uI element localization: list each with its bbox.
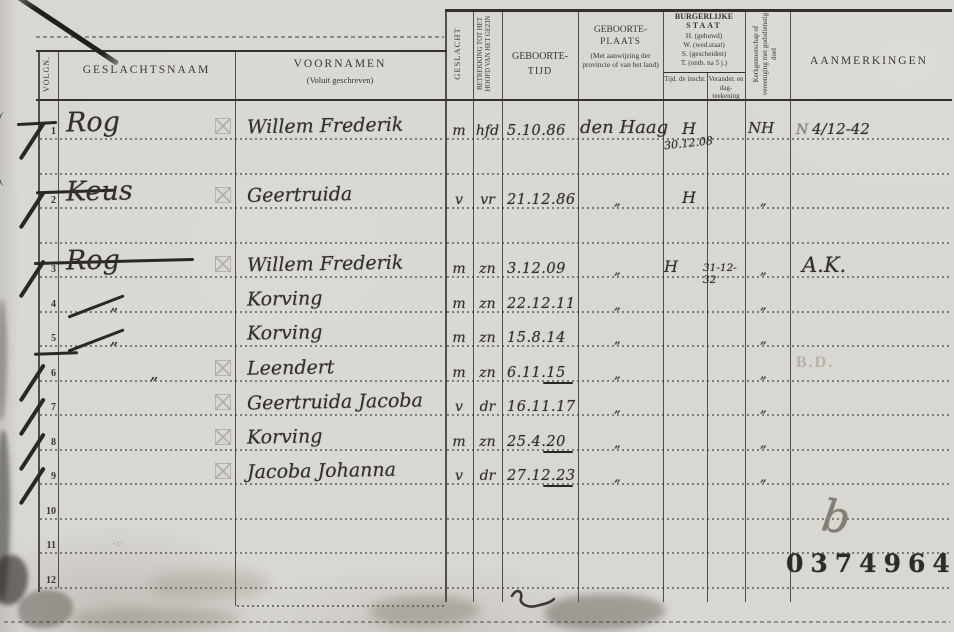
birthdate-underline bbox=[543, 451, 573, 453]
surname-value: Rog bbox=[66, 245, 120, 277]
row-number: 10 bbox=[38, 506, 56, 517]
relation-value: hfd bbox=[473, 123, 502, 139]
birthdate-underline bbox=[543, 485, 573, 487]
sex-value: m bbox=[445, 296, 473, 312]
relation-value: zn bbox=[473, 330, 502, 346]
surname-value: Keus bbox=[66, 175, 133, 207]
ink-flourish bbox=[508, 586, 560, 616]
civil-change-date: 31-12-32 bbox=[703, 262, 747, 286]
church-ditto: „ bbox=[760, 298, 767, 313]
church-ditto: „ bbox=[760, 367, 767, 382]
control-stamp-icon bbox=[215, 463, 231, 479]
church-ditto: „ bbox=[760, 436, 767, 451]
relation-value: zn bbox=[473, 365, 502, 381]
sex-value: m bbox=[445, 434, 473, 450]
ruling-line bbox=[40, 242, 444, 244]
church-ditto: „ bbox=[760, 470, 767, 485]
ruling-line bbox=[40, 276, 444, 278]
ruling-line bbox=[40, 380, 444, 382]
birthplace-ditto: „ bbox=[614, 298, 621, 313]
civil-status-value: H bbox=[664, 257, 678, 276]
control-stamp-icon bbox=[215, 256, 231, 272]
ruling-line bbox=[40, 173, 444, 175]
birthdate-value: 27.12.23 bbox=[507, 468, 576, 484]
sex-value: v bbox=[445, 468, 473, 484]
firstnames-value: Korving bbox=[247, 321, 323, 344]
relation-value: dr bbox=[473, 468, 502, 484]
sex-value: m bbox=[445, 123, 473, 139]
sex-value: v bbox=[445, 192, 473, 208]
firstnames-value: Korving bbox=[247, 425, 323, 448]
control-stamp-icon bbox=[215, 394, 231, 410]
row-number: 5 bbox=[38, 333, 56, 344]
birthplace-ditto: „ bbox=[614, 194, 621, 209]
birthdate-value: 16.11.17 bbox=[507, 399, 576, 415]
relation-value: zn bbox=[473, 296, 502, 312]
remark-faint-mark: N bbox=[796, 122, 808, 138]
ruling-line bbox=[40, 345, 444, 347]
pencil-specks: ·:· bbox=[112, 537, 125, 549]
birthdate-value: 22.12.11 bbox=[507, 296, 576, 312]
surname-value: Rog bbox=[66, 107, 120, 139]
sex-value: v bbox=[445, 399, 473, 415]
birthdate-value: 3.12.09 bbox=[507, 261, 566, 277]
control-stamp-icon bbox=[215, 187, 231, 203]
row-slash-mark bbox=[19, 259, 46, 298]
serial-number-stamp: 0374964 bbox=[786, 549, 954, 578]
firstnames-value: Geertruida Jacoba bbox=[247, 389, 423, 414]
ruling-line bbox=[40, 552, 444, 554]
birthplace-ditto: „ bbox=[614, 332, 621, 347]
family-register-card: VOLGN. GESLACHTSNAAM VOORNAMEN (Voluit g… bbox=[0, 0, 954, 632]
sex-value: m bbox=[445, 365, 473, 381]
relation-value: zn bbox=[473, 434, 502, 450]
firstnames-value: Willem Frederik bbox=[247, 114, 404, 139]
row-slash-mark bbox=[19, 363, 46, 402]
birthdate-value: 25.4.20 bbox=[507, 434, 566, 450]
civil-status-value: H bbox=[682, 188, 696, 207]
row-slash-mark bbox=[19, 466, 46, 505]
church-value: NH bbox=[748, 119, 774, 137]
birthdate-value: 5.10.86 bbox=[507, 123, 566, 139]
church-ditto: „ bbox=[760, 401, 767, 416]
row-slash-mark bbox=[19, 397, 46, 436]
row-slash-mark bbox=[19, 432, 46, 471]
firstnames-value: Jacoba Johanna bbox=[247, 459, 396, 484]
sex-value: m bbox=[445, 330, 473, 346]
remark-value: 4/12-42 bbox=[812, 120, 870, 138]
relation-value: dr bbox=[473, 399, 502, 415]
ruling-line bbox=[40, 414, 444, 416]
ruling-line bbox=[40, 449, 444, 451]
birthdate-value: 15.8.14 bbox=[507, 330, 566, 346]
row-number: 11 bbox=[38, 540, 56, 551]
table-body: 1RogWillem Frederikmhfd5.10.86den HaagH3… bbox=[0, 0, 954, 632]
row-overline-mark bbox=[17, 121, 57, 126]
birthplace-value: den Haag bbox=[580, 117, 668, 138]
row-overline-mark bbox=[34, 351, 78, 355]
church-ditto: „ bbox=[760, 332, 767, 347]
ruling-line bbox=[40, 311, 444, 313]
row-slash-mark bbox=[19, 121, 46, 160]
firstnames-value: Willem Frederik bbox=[247, 252, 404, 277]
control-stamp-icon bbox=[215, 429, 231, 445]
ruling-line bbox=[447, 242, 950, 244]
remark-value: A.K. bbox=[802, 253, 846, 277]
surname-ditto: „ bbox=[150, 364, 158, 383]
relation-value: zn bbox=[473, 261, 502, 277]
sex-value: m bbox=[445, 261, 473, 277]
birthplace-ditto: „ bbox=[614, 367, 621, 382]
birthdate-underline bbox=[543, 382, 573, 384]
church-ditto: „ bbox=[760, 194, 767, 209]
ruling-line bbox=[40, 518, 444, 520]
ruling-line bbox=[447, 173, 950, 175]
control-stamp-icon bbox=[215, 118, 231, 134]
row-number: 4 bbox=[38, 299, 56, 310]
row-number: 12 bbox=[38, 575, 56, 586]
birthplace-ditto: „ bbox=[614, 436, 621, 451]
birthplace-ditto: „ bbox=[614, 401, 621, 416]
ruling-line bbox=[40, 483, 444, 485]
ruling-line bbox=[447, 518, 950, 520]
birthplace-ditto: „ bbox=[614, 470, 621, 485]
firstnames-value: Leendert bbox=[247, 356, 335, 380]
civil-status-date: 30.12.08 bbox=[663, 133, 728, 153]
church-ditto: „ bbox=[760, 263, 767, 278]
ruling-line bbox=[40, 207, 444, 209]
firstnames-value: Korving bbox=[247, 287, 323, 310]
birthdate-value: 6.11.15 bbox=[507, 365, 566, 381]
birthdate-value: 21.12.86 bbox=[507, 192, 576, 208]
remark-stamp: B.D. bbox=[796, 354, 834, 372]
control-stamp-icon bbox=[215, 360, 231, 376]
birthplace-ditto: „ bbox=[614, 263, 621, 278]
row-slash-mark bbox=[19, 190, 46, 229]
firstnames-value: Geertruida bbox=[247, 183, 353, 207]
ruling-line bbox=[40, 138, 444, 140]
relation-value: vr bbox=[473, 192, 502, 208]
